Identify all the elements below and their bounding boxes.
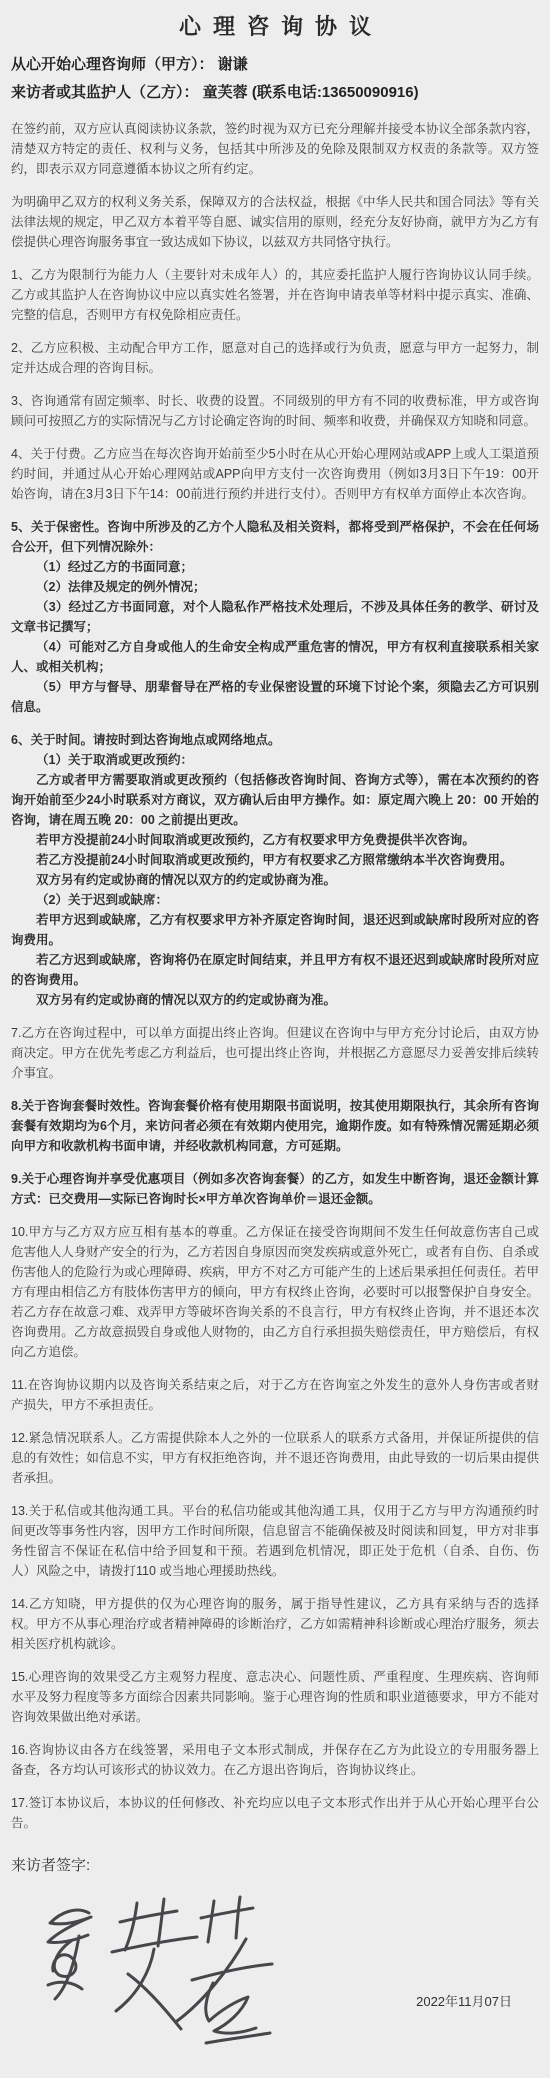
agreement-page: { "colors": { "page_bg": "#ededed", "bod… xyxy=(0,0,550,2078)
clause-paragraph: 为明确甲乙双方的权利义务关系，保障双方的合法权益，根据《中华人民共和国合同法》等… xyxy=(11,192,539,252)
clause-group: 5、关于保密性。咨询中所涉及的乙方个人隐私及相关资料，都将受到严格保护，不会在任… xyxy=(11,517,539,717)
clause-paragraph: 1、乙方为限制行为能力人（主要针对未成年人）的，其应委托监护人履行咨询协议认同手… xyxy=(11,265,539,325)
document-title: 心理咨询协议 xyxy=(11,0,539,50)
clause-line: （2）法律及规定的例外情况； xyxy=(11,577,539,597)
clause-line: 若甲方迟到或缺席，乙方有权要求甲方补齐原定咨询时间，退还迟到或缺席时段所对应的咨… xyxy=(11,910,539,950)
clause-line: （1）经过乙方的书面同意； xyxy=(11,557,539,577)
clause-line: 6、关于时间。请按时到达咨询地点或网络地点。 xyxy=(11,730,539,750)
clause-paragraph: 17.签订本协议后，本协议的任何修改、补充均应以电子文本形式作出并于从心开始心理… xyxy=(11,1793,539,1833)
party-b-line: 来访者或其监护人（乙方）： 童芙蓉 (联系电话:13650090916) xyxy=(11,79,539,106)
clause-line: 若乙方迟到或缺席，咨询将仍在原定时间结束，并且甲方有权不退还迟到或缺席时段所对应… xyxy=(11,950,539,990)
clause-paragraph: 12.紧急情况联系人。乙方需提供除本人之外的一位联系人的联系方式备用，并保证所提… xyxy=(11,1428,539,1488)
clause-paragraph: 10.甲方与乙方双方应互相有基本的尊重。乙方保证在接受咨询期间不发生任何故意伤害… xyxy=(11,1222,539,1362)
clause-line: （1）关于取消或更改预约： xyxy=(11,750,539,770)
clause-line: 双方另有约定或协商的情况以双方的约定或协商为准。 xyxy=(11,870,539,890)
clause-paragraph: 在签约前，双方应认真阅读协议条款，签约时视为双方已充分理解并接受本协议全部条款内… xyxy=(11,119,539,179)
clause-line: （3）经过乙方书面同意，对个人隐私作严格技术处理后，不涉及具体任务的教学、研讨及… xyxy=(11,597,539,637)
clause-line: 若甲方没提前24小时间取消或更改预约，乙方有权要求甲方免费提供半次咨询。 xyxy=(11,830,539,850)
clause-paragraph: 9.关于心理咨询并享受优惠项目（例如多次咨询套餐）的乙方，如发生中断咨询，退还金… xyxy=(11,1169,539,1209)
clause-paragraph: 7.乙方在咨询过程中，可以单方面提出终止咨询。但建议在咨询中与甲方充分讨论后，由… xyxy=(11,1023,539,1083)
clause-paragraph: 3、咨询通常有固定频率、时长、收费的设置。不同级别的甲方有不同的收费标准，甲方或… xyxy=(11,391,539,431)
clause-line: （4）可能对乙方自身或他人的生命安全构成严重危害的情况，甲方有权利直接联系相关家… xyxy=(11,637,539,677)
agreement-content: 心理咨询协议 从心开始心理咨询师（甲方）： 谢谦 来访者或其监护人（乙方）： 童… xyxy=(0,0,550,2063)
clause-paragraph: 14.乙方知晓，甲方提供的仅为心理咨询的服务，属于指导性建议，乙方具有采纳与否的… xyxy=(11,1594,539,1654)
clause-paragraph: 8.关于咨询套餐时效性。咨询套餐价格有使用期限书面说明，按其使用期限执行，其余所… xyxy=(11,1096,539,1156)
clause-paragraph: 16.咨询协议由各方在线签署，采用电子文本形式制成，并保存在乙方为此设立的专用服… xyxy=(11,1740,539,1780)
clause-line: 5、关于保密性。咨询中所涉及的乙方个人隐私及相关资料，都将受到严格保护，不会在任… xyxy=(11,517,539,557)
agreement-body: 在签约前，双方应认真阅读协议条款，签约时视为双方已充分理解并接受本协议全部条款内… xyxy=(11,119,539,1833)
clause-line: （2）关于迟到或缺席： xyxy=(11,890,539,910)
clause-paragraph: 11.在咨询协议期内以及咨询关系结束之后，对于乙方在咨询室之外发生的意外人身伤害… xyxy=(11,1375,539,1415)
clause-paragraph: 4、关于付费。乙方应当在每次咨询开始前至少5小时在从心开始心理网站或APP上或人… xyxy=(11,444,539,504)
clause-paragraph: 13.关于私信或其他沟通工具。平台的私信功能或其他沟通工具，仅用于乙方与甲方沟通… xyxy=(11,1501,539,1581)
clause-line: 若乙方没提前24小时间取消或更改预约，甲方有权要求乙方照常缴纳本半次咨询费用。 xyxy=(11,850,539,870)
clause-group: 6、关于时间。请按时到达咨询地点或网络地点。（1）关于取消或更改预约：乙方或者甲… xyxy=(11,730,539,1010)
signature-label: 来访者签字: xyxy=(11,1855,539,1877)
party-a-line: 从心开始心理咨询师（甲方）： 谢谦 xyxy=(11,51,539,78)
clause-paragraph: 2、乙方应积极、主动配合甲方工作，愿意对自己的选择或行为负责，愿意与甲方一起努力… xyxy=(11,338,539,378)
clause-line: 乙方或者甲方需要取消或更改预约（包括修改咨询时间、咨询方式等），需在本次预约的咨… xyxy=(11,770,539,830)
clause-line: 双方另有约定或协商的情况以双方的约定或协商为准。 xyxy=(11,990,539,1010)
signature-date: 2022年11月07日 xyxy=(416,1992,512,2012)
visitor-signature-image xyxy=(25,1891,275,2063)
clause-line: （5）甲方与督导、朋辈督导在严格的专业保密设置的环境下讨论个案，须隐去乙方可识别… xyxy=(11,677,539,717)
clause-paragraph: 15.心理咨询的效果受乙方主观努力程度、意志决心、问题性质、严重程度、生理疾病、… xyxy=(11,1667,539,1727)
